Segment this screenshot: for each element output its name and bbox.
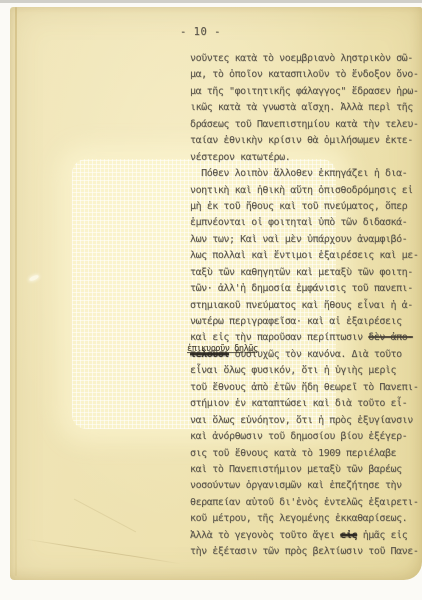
text-segment: δράσεως τοῦ Πανεπιστημίου κατὰ τὴν τελευ…: [190, 119, 418, 130]
scan-edge-artifact: [0, 0, 422, 3]
text-line: ικῶς κατὰ τὰ γνωστὰ αἴσχη. Ἀλλὰ περὶ τῆς: [190, 100, 422, 116]
typewritten-page: - 10 - νοῦντες κατὰ τὸ νοεμβριανὸ ληστρι…: [10, 7, 422, 580]
text-segment: στήμιον ἐν καταπτώσει καὶ διὰ τοῦτο εἶ-: [190, 398, 407, 409]
text-line: δράσεως τοῦ Πανεπιστημίου κατὰ τὴν τελευ…: [190, 117, 422, 133]
text-segment: νοητικὴ καὶ ἠθικὴ αὕτη ὀπισθοδρόμησις εἰ: [190, 185, 413, 196]
text-segment: λων των; Καὶ ναὶ μὲν ὑπάρχουν ἀναμφιβό-: [190, 234, 407, 245]
text-segment: ἡμᾶς εἰς: [357, 530, 407, 541]
text-line: καὶ ἀνόρθωσιν τοῦ δημοσίου βίου ἐξέγερ-: [190, 429, 422, 445]
text-line: ἐμπνέονται οἱ φοιτηταὶ ὑπὸ τῶν διδασκά-: [190, 215, 422, 231]
text-line: λως πολλαὶ καὶ ἔντιμοι ἐξαιρέσεις καὶ με…: [190, 248, 422, 264]
text-segment: Πόθεν λοιπὸν ἄλλοθεν ἐκπηγάζει ἡ δια-: [190, 168, 407, 179]
text-segment: ταίαν ἐθνικὴν κρίσιν θὰ ὁμιλήσωμεν ἐκτε-: [190, 135, 413, 146]
text-line: καὶ τὸ Πανεπιστήμιον μεταξὺ τῶν βαρέως: [190, 462, 422, 478]
text-line: νοσούντων ὀργανισμῶν καὶ ἐπεζήτησε τὴν: [190, 478, 422, 494]
text-line: νέστερον κατωτέρω.: [190, 150, 422, 166]
text-segment: τῶν· ἀλλ'ἡ δημοσία ἐμφάνισις τοῦ πανεπι-: [190, 283, 413, 294]
text-line: στήμιον ἐν καταπτώσει καὶ διὰ τοῦτο εἶ-: [190, 396, 422, 412]
text-segment: καὶ τὸ Πανεπιστήμιον μεταξὺ τῶν βαρέως: [190, 464, 402, 475]
text-segment: κοῦ μέτρου, τῆς λεγομένης ἐκκαθαρίσεως.: [190, 513, 407, 524]
text-segment: λως πολλαὶ καὶ ἔντιμοι ἐξαιρέσεις καὶ με…: [190, 250, 418, 261]
text-line: κοῦ μέτρου, τῆς λεγομένης ἐκκαθαρίσεως.: [190, 511, 422, 527]
struck-out-text: δὲν ἀπο-: [368, 332, 413, 343]
text-line: ταξὺ τῶν καθηγητῶν καὶ μεταξὺ τῶν φοιτη-: [190, 265, 422, 281]
text-line: μα τῆς "φοιτητικῆς φάλαγγος" ἔδρασεν ἡρω…: [190, 84, 422, 100]
text-segment: καὶ εἰς τὴν παροῦσαν περίπτωσιν: [190, 332, 368, 343]
text-segment: στημιακοῦ πνεύματος καὶ ἤθους εἶναι ἡ ἀ-: [190, 300, 413, 311]
text-line: νωτέρω περιγραφεῖσα· καὶ αἱ ἐξαιρέσεις: [190, 314, 422, 330]
text-segment: τοῦ ἔθνους ἀπὸ ἐτῶν ἤδη θεωρεῖ τὸ Πανεπι…: [190, 382, 418, 393]
text-line: Ἀλλὰ τὸ γεγονὸς τοῦτο ἄγει εἰς ἡμᾶς εἰς: [190, 528, 422, 544]
text-line: νοητικὴ καὶ ἠθικὴ αὕτη ὀπισθοδρόμησις εἰ: [190, 183, 422, 199]
paper-edge-shadow: [15, 7, 17, 576]
text-line: στημιακοῦ πνεύματος καὶ ἤθους εἶναι ἡ ἀ-: [190, 298, 422, 314]
text-segment: εἶναι ὅλως φυσικόν, ὅτι ἡ ὑγιὴς μερὶς: [190, 365, 396, 376]
text-line: τὴν ἐξέτασιν τῶν πρὸς βελτίωσιν τοῦ Πανε…: [190, 544, 422, 560]
text-segment: τὴν ἐξέτασιν τῶν πρὸς βελτίωσιν τοῦ Πανε…: [190, 546, 418, 557]
text-line: εἶναι ὅλως φυσικόν, ὅτι ἡ ὑγιὴς μερὶς: [190, 363, 422, 379]
text-segment: ταξὺ τῶν καθηγητῶν καὶ μεταξὺ τῶν φοιτη-: [190, 267, 413, 278]
text-line: μα, τὸ ὁποῖον κατασπιλοῦν τὸ ἔνδοξον ὄνο…: [190, 67, 422, 83]
text-segment: σις τοῦ ἔθνους κατὰ τὸ 1909 περιέλαβε: [190, 448, 396, 459]
text-segment: νέστερον κατωτέρω.: [190, 152, 290, 163]
text-line: θεραπείαν αὐτοῦ δι'ἑνὸς ἐντελῶς ἐξαιρετι…: [190, 495, 422, 511]
text-line: τοῦ ἔθνους ἀπὸ ἐτῶν ἤδη θεωρεῖ τὸ Πανεπι…: [190, 380, 422, 396]
page-number: - 10 -: [180, 26, 221, 38]
text-segment: καὶ ἀνόρθωσιν τοῦ δημοσίου βίου ἐξέγερ-: [190, 431, 407, 442]
text-line: Πόθεν λοιπὸν ἄλλοθεν ἐκπηγάζει ἡ δια-: [190, 166, 422, 182]
text-line: μὴ ἐκ τοῦ ἤθους καὶ τοῦ πνεύματος, ὅπερ: [190, 199, 422, 215]
text-segment: θεραπείαν αὐτοῦ δι'ἑνὸς ἐντελῶς ἐξαιρετι…: [190, 497, 418, 508]
text-segment: νωτέρω περιγραφεῖσα· καὶ αἱ ἐξαιρέσεις: [190, 316, 402, 327]
text-segment: μα, τὸ ὁποῖον κατασπιλοῦν τὸ ἔνδοξον ὄνο…: [190, 69, 418, 80]
text-line: τῶν· ἀλλ'ἡ δημοσία ἐμφάνισις τοῦ πανεπι-: [190, 281, 422, 297]
paper-flaw-spot: [29, 274, 40, 282]
typed-correction-insert: ἐπικυροῦν δηλῶς: [187, 344, 258, 354]
text-segment: νοῦντες κατὰ τὸ νοεμβριανὸ ληστρικὸν σῶ-: [190, 53, 413, 64]
text-segment: νοσούντων ὀργανισμῶν καὶ ἐπεζήτησε τὴν: [190, 480, 402, 491]
text-segment: ναι ὅλως εὐνόητον, ὅτι ἡ πρὸς ἐξυγίανσιν: [190, 415, 413, 426]
crease-mark: [74, 499, 136, 533]
text-line: λων των; Καὶ ναὶ μὲν ὑπάρχουν ἀναμφιβό-: [190, 232, 422, 248]
text-line: σις τοῦ ἔθνους κατὰ τὸ 1909 περιέλαβε: [190, 446, 422, 462]
text-segment: μὴ ἐκ τοῦ ἤθους καὶ τοῦ πνεύματος, ὅπερ: [190, 201, 407, 212]
document-scan: - 10 - νοῦντες κατὰ τὸ νοεμβριανὸ ληστρι…: [0, 0, 422, 600]
text-line: ναι ὅλως εὐνόητον, ὅτι ἡ πρὸς ἐξυγίανσιν: [190, 413, 422, 429]
text-segment: Ἀλλὰ τὸ γεγονὸς τοῦτο ἄγει: [190, 530, 340, 541]
text-segment: μα τῆς "φοιτητικῆς φάλαγγος" ἔδρασεν ἡρω…: [190, 86, 418, 97]
text-segment: ἐμπνέονται οἱ φοιτηταὶ ὑπὸ τῶν διδασκά-: [190, 217, 407, 228]
crease-mark: [25, 539, 181, 565]
text-segment: ικῶς κατὰ τὰ γνωστὰ αἴσχη. Ἀλλὰ περὶ τῆς: [190, 102, 413, 113]
struck-out-text: εἰς: [340, 530, 357, 541]
text-line: νοῦντες κατὰ τὸ νοεμβριανὸ ληστρικὸν σῶ-: [190, 51, 422, 67]
text-line: ταίαν ἐθνικὴν κρίσιν θὰ ὁμιλήσωμεν ἐκτε-: [190, 133, 422, 149]
typewritten-text: νοῦντες κατὰ τὸ νοεμβριανὸ ληστρικὸν σῶ-…: [190, 51, 422, 561]
